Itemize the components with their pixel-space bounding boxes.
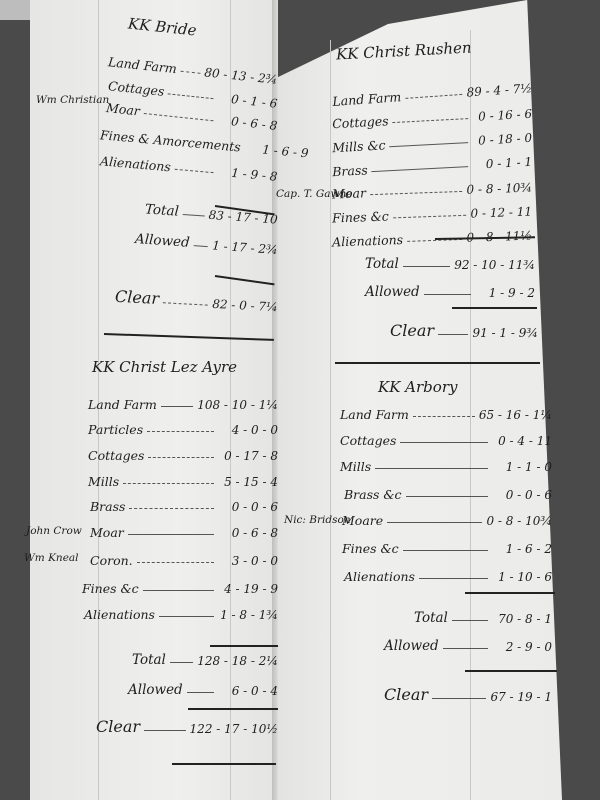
ledger-row: Alienations 1 - 10 - 6 [344,564,552,584]
clear-row: Clear 67 - 19 - 1 [384,684,552,704]
total-row: Total 92 - 10 - 11¾ [365,252,535,272]
clear-row: Clear 122 - 17 - 10½ [96,716,278,736]
total-row: Total 70 - 8 - 1 [414,606,552,626]
ledger-row: Alienations 1 - 8 - 1¾ [84,602,278,622]
ledger-row: Land Farm 108 - 10 - 1¼ [88,392,278,412]
ledger-row: Land Farm 65 - 16 - 1¼ [340,402,552,422]
ledger-row: Coron. 3 - 0 - 0 [90,548,278,568]
allowed-row: Allowed 1 - 9 - 2 [365,280,535,300]
section-divider [172,763,276,765]
ledger-row: Moar 0 - 6 - 8 [90,520,278,540]
side-note: Nic: Bridson [284,514,351,526]
section-divider [335,362,540,364]
section-title: KK Arbory [378,378,457,396]
ledger-row: Fines &c 4 - 19 - 9 [82,576,278,596]
side-note: Wm Christian [36,94,109,106]
side-note: Wm Kneal [24,552,79,564]
ledger-row: Particles 4 - 0 - 0 [88,417,278,437]
ledger-row: Mills 5 - 15 - 4 [88,469,278,489]
ledger-row: Fines &c 1 - 6 - 2 [342,536,552,556]
ledger-row: Brass &c 0 - 0 - 6 [344,482,552,502]
allowed-row: Allowed 6 - 0 - 4 [128,678,278,698]
sum-rule [188,708,278,710]
total-row: Total 128 - 18 - 2¼ [132,648,278,668]
sum-rule [465,670,557,672]
section-title: KK Christ Lez Ayre [92,358,237,376]
sum-rule [452,307,537,309]
ledger-row: Brass 0 - 0 - 6 [90,494,278,514]
ledger-row: Moare 0 - 8 - 10¾ [342,508,552,528]
sum-rule [465,592,555,594]
ledger-row: Cottages 0 - 4 - 11 [340,428,552,448]
sum-rule [210,645,278,647]
ledger-row: Cottages 0 - 17 - 8 [88,443,278,463]
clear-row: Clear 91 - 1 - 9¾ [390,320,538,340]
side-note: John Crow [26,525,82,537]
ledger-row: Mills 1 - 1 - 0 [340,454,552,474]
allowed-row: Allowed 2 - 9 - 0 [384,634,552,654]
margin-rule [330,40,331,800]
